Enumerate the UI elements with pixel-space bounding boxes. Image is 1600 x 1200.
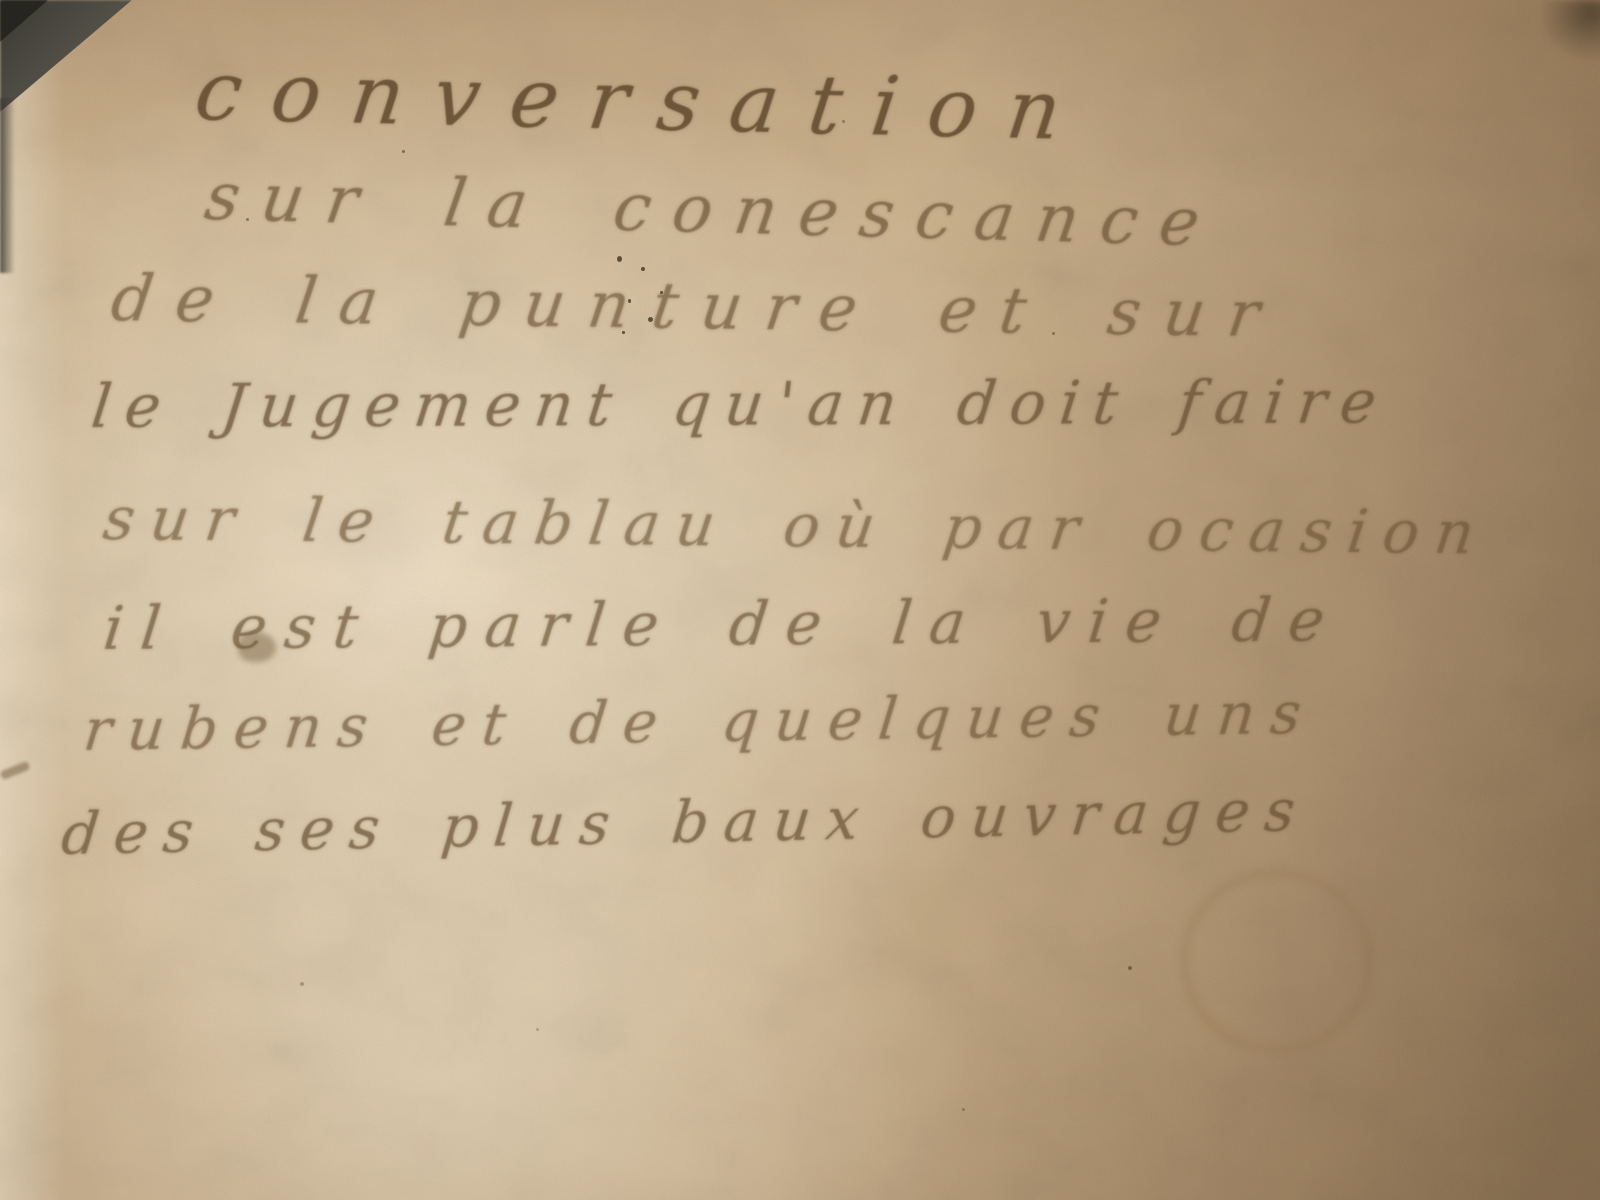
manuscript-line-2: sur la conescance — [200, 158, 1226, 261]
manuscript-line-1: conversation — [190, 44, 1096, 159]
manuscript-line-8: des ses plus baux ouvrages — [58, 776, 1313, 868]
manuscript-line-3: de la punture et sur — [107, 262, 1287, 352]
manuscript-photo: conversation sur la conescance de la pun… — [0, 0, 1600, 1200]
manuscript-line-6: il est parle de la vie de — [100, 585, 1346, 664]
manuscript-line-5: sur le tablau où par ocasion — [99, 484, 1494, 568]
manuscript-line-7: rubens et de quelques uns — [80, 679, 1320, 764]
manuscript-line-4: le Jugement qu'an doit faire — [88, 367, 1394, 442]
handwritten-text-block: conversation sur la conescance de la pun… — [0, 0, 1600, 1200]
